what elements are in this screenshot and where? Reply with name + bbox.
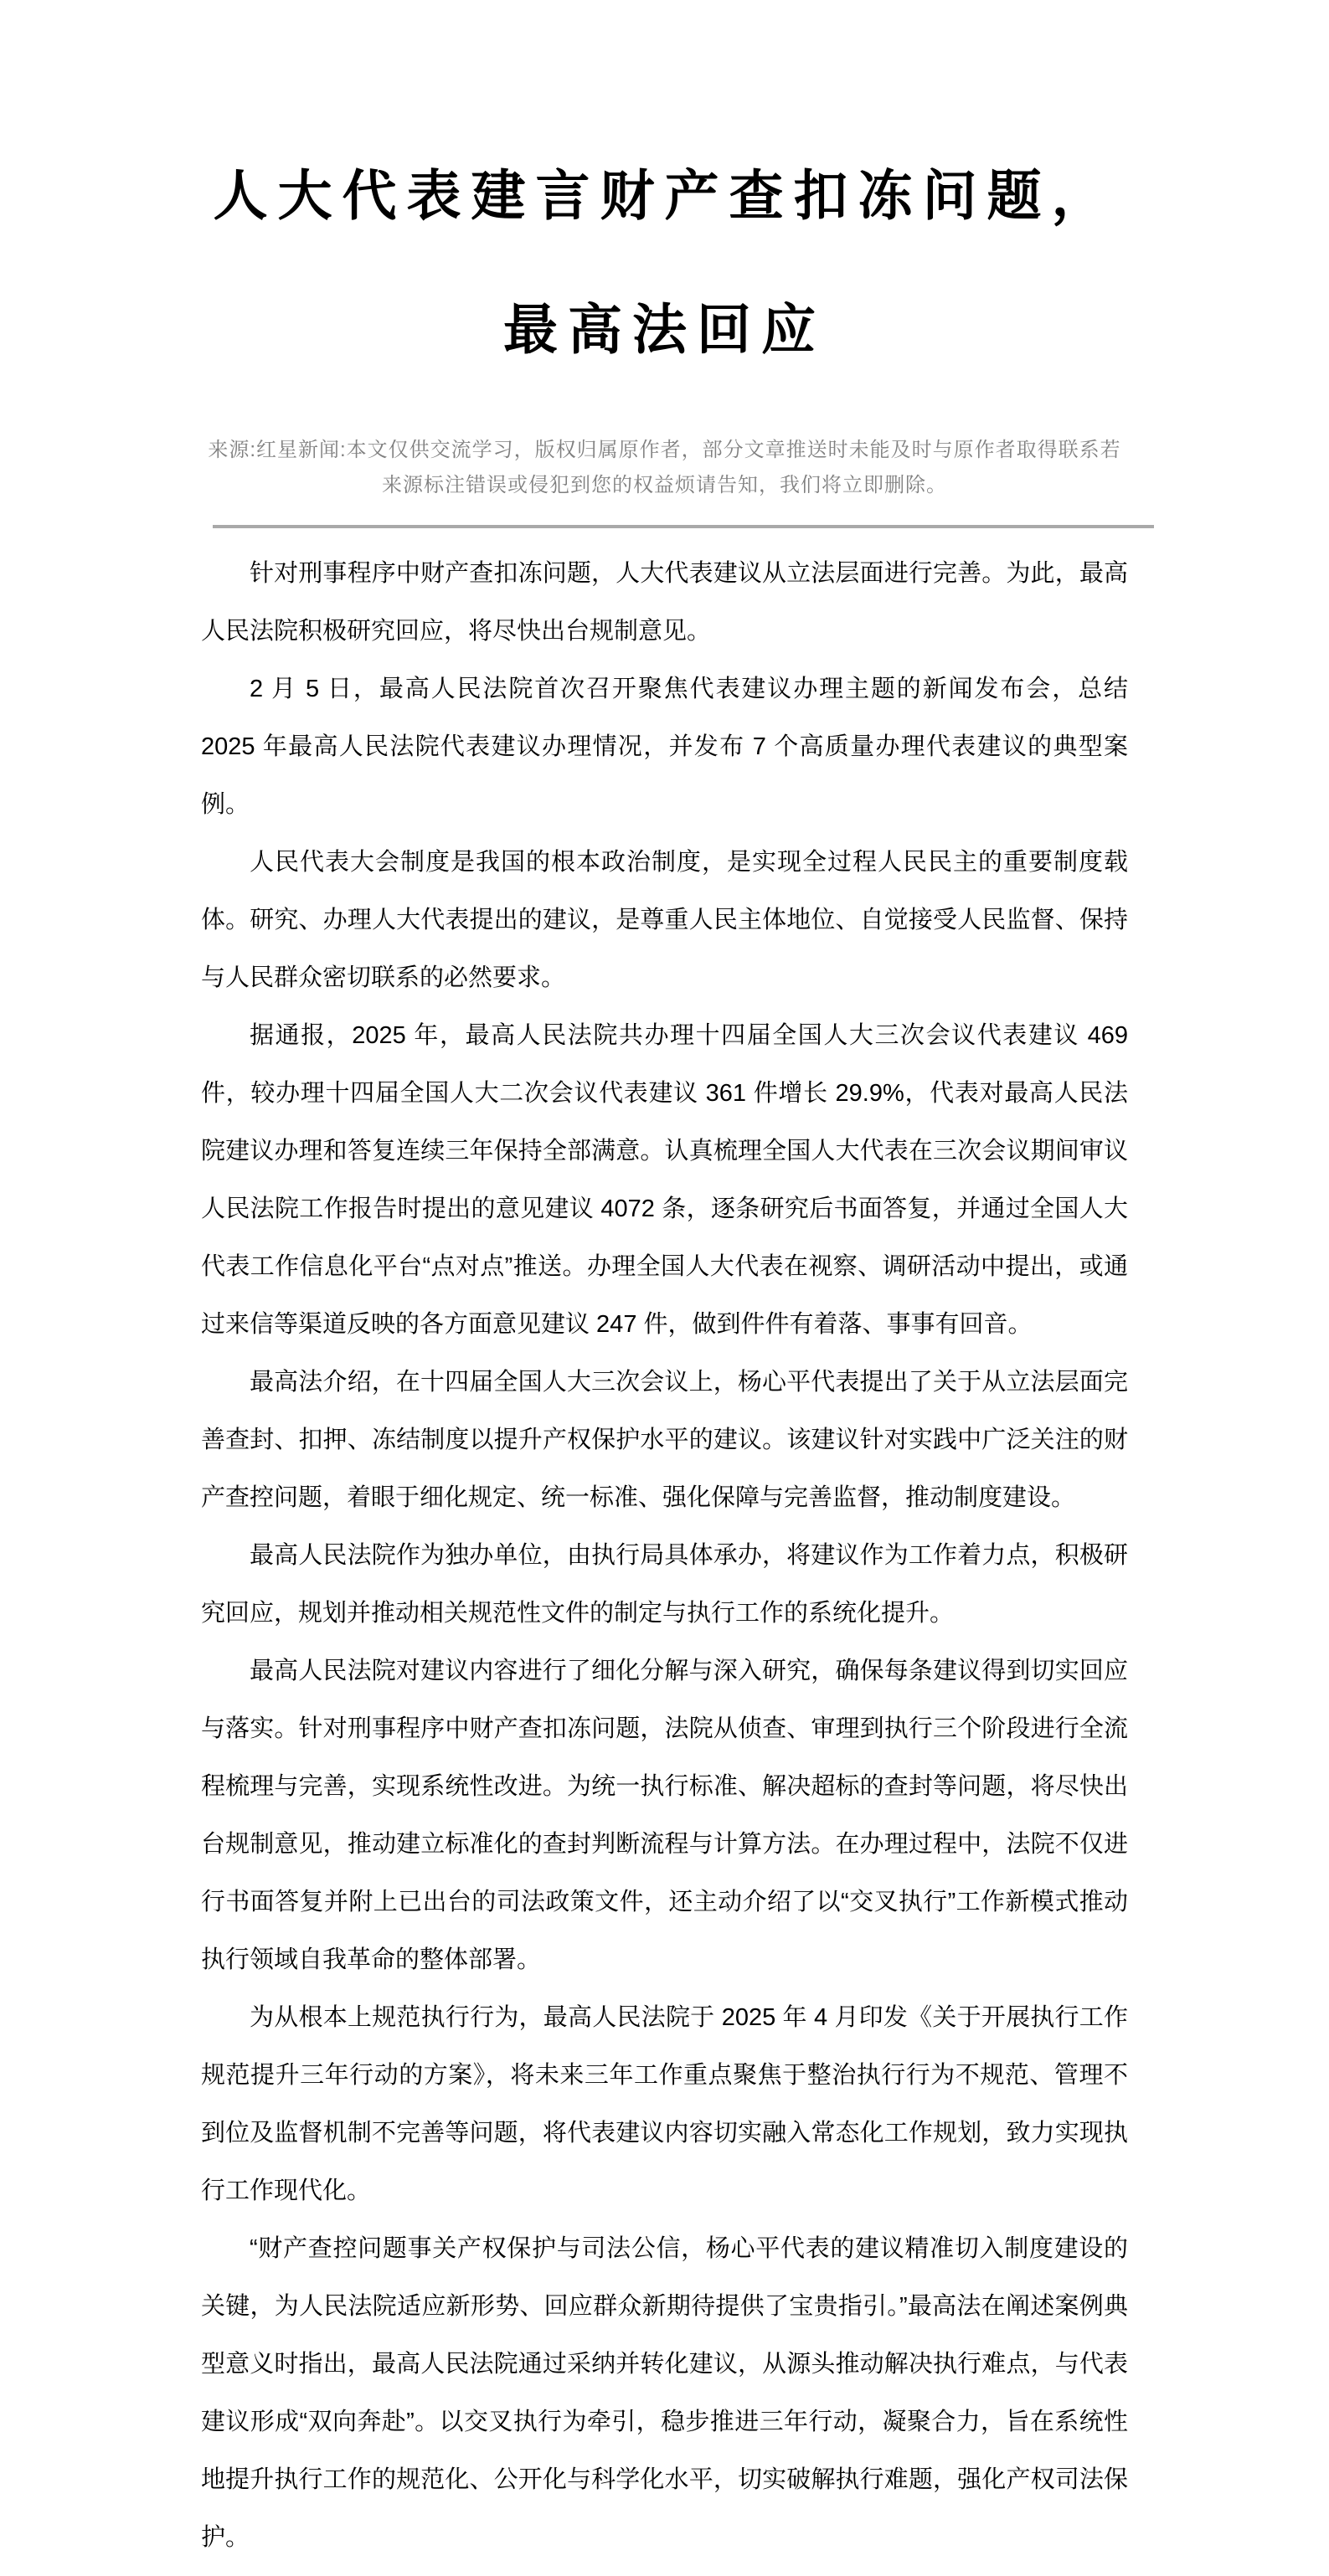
article-paragraph: 据通报，2025 年，最高人民法院共办理十四届全国人大三次会议代表建议 469 …: [201, 1007, 1128, 1354]
source-disclaimer: 来源:红星新闻:本文仅供交流学习，版权归属原作者，部分文章推送时未能及时与原作者…: [201, 433, 1128, 503]
article-body: 针对刑事程序中财产查扣冻问题，人大代表建议从立法层面进行完善。为此，最高人民法院…: [201, 545, 1128, 2567]
article-paragraph: 最高法介绍，在十四届全国人大三次会议上，杨心平代表提出了关于从立法层面完善查封、…: [201, 1354, 1128, 1527]
article-title-line-1: 人大代表建言财产查扣冻问题，: [201, 129, 1128, 263]
document-content: 人大代表建言财产查扣冻问题， 最高法回应 来源:红星新闻:本文仅供交流学习，版权…: [201, 0, 1128, 2567]
article-paragraph: 最高人民法院作为独办单位，由执行局具体承办，将建议作为工作着力点，积极研究回应，…: [201, 1527, 1128, 1643]
article-paragraph: 2 月 5 日，最高人民法院首次召开聚焦代表建议办理主题的新闻发布会，总结 20…: [201, 661, 1128, 834]
article-paragraph: 最高人民法院对建议内容进行了细化分解与深入研究，确保每条建议得到切实回应与落实。…: [201, 1643, 1128, 1989]
horizontal-divider: [213, 525, 1154, 528]
article-paragraph: 针对刑事程序中财产查扣冻问题，人大代表建议从立法层面进行完善。为此，最高人民法院…: [201, 545, 1128, 661]
article-paragraph: 人民代表大会制度是我国的根本政治制度，是实现全过程人民民主的重要制度载体。研究、…: [201, 834, 1128, 1007]
article-paragraph: 为从根本上规范执行行为，最高人民法院于 2025 年 4 月印发《关于开展执行工…: [201, 1989, 1128, 2220]
article-title: 人大代表建言财产查扣冻问题， 最高法回应: [201, 129, 1128, 397]
article-paragraph: “财产查控问题事关产权保护与司法公信，杨心平代表的建议精准切入制度建设的关键，为…: [201, 2220, 1128, 2567]
document-page: { "page": { "background": "#ffffff", "te…: [0, 0, 1329, 2576]
article-title-line-2: 最高法回应: [201, 263, 1128, 397]
